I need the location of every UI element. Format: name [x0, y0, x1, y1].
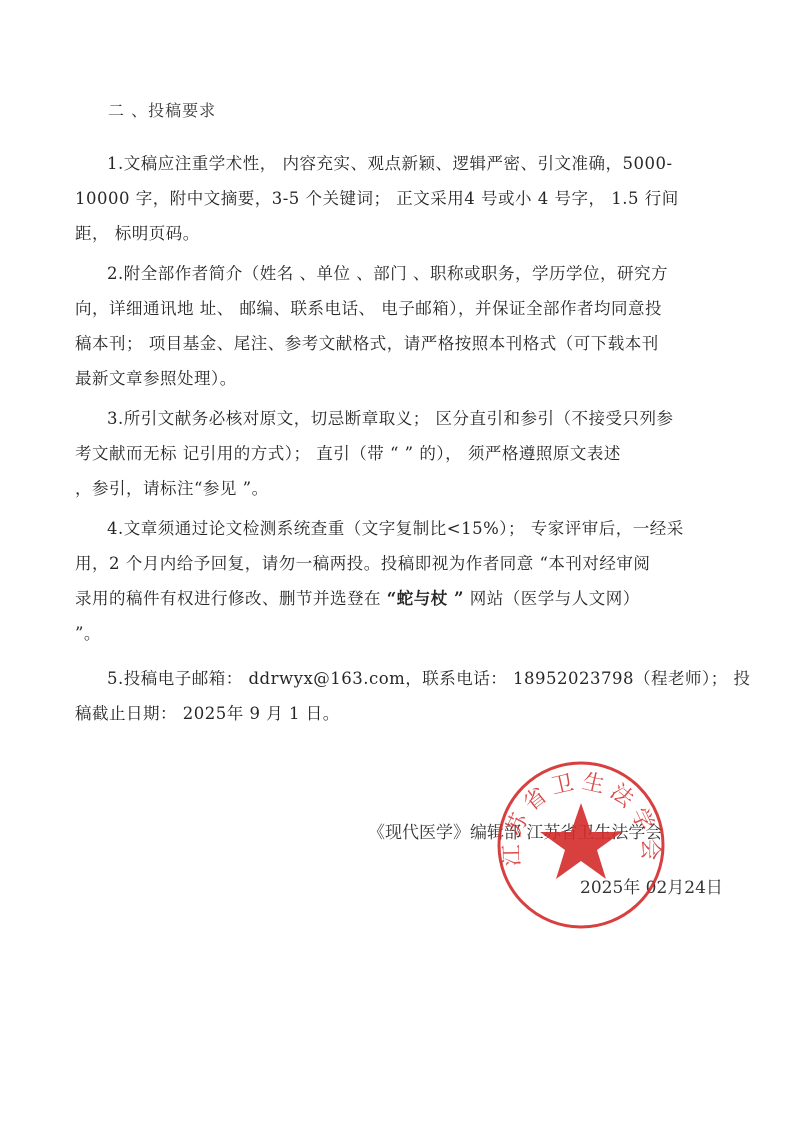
item-2-line-4: 最新文章参照处理）。	[75, 365, 237, 389]
item-4-line-1: 4.文章须通过论文检测系统查重（文字复制比<15%）； 专家评审后，一经采	[107, 515, 684, 539]
item-3-line-3: ，参引，请标注“参见 ”。	[75, 475, 269, 499]
item-4-line-3: 录用的稿件有权进行修改、删节并选登在 “蛇与杖 ” 网站（医学与人文网）	[75, 585, 640, 609]
section-heading: 二 、投稿要求	[108, 98, 216, 121]
item-3-line-2: 考文献而无标 记引用的方式）； 直引（带 “ ” 的）， 须严格遵照原文表述	[75, 440, 621, 464]
item-1-line-1: 1.文稿应注重学术性， 内容充实、观点新颖、逻辑严密、引文准确，5000-	[107, 150, 673, 174]
item-2-line-1: 2.附全部作者简介（姓名 、单位 、部门 、职称或职务，学历学位，研究方	[107, 260, 668, 284]
star-icon	[540, 803, 622, 879]
item-5-line-2: 稿截止日期： 2025年 9 月 1 日。	[75, 700, 340, 724]
item-3-line-1: 3.所引文献务必核对原文，切忌断章取义； 区分直引和参引（不接受只列参	[107, 405, 674, 429]
official-seal: 江苏省卫生法学会	[496, 760, 666, 930]
item-2-line-2: 向，详细通讯地 址、 邮编、联系电话、 电子邮箱），并保证全部作者均同意投	[75, 295, 662, 319]
item-4-line-3-text: 录用的稿件有权进行修改、删节并选登在	[75, 589, 387, 608]
item-2-line-3: 稿本刊； 项目基金、尾注、参考文献格式，请严格按照本刊格式（可下载本刊	[75, 330, 659, 354]
item-1-line-2: 10000 字，附中文摘要，3-5 个关键词； 正文采用4 号或小 4 号字， …	[75, 185, 679, 209]
item-5-line-1: 5.投稿电子邮箱： ddrwyx@163.com，联系电话： 189520237…	[107, 665, 751, 689]
website-name: “蛇与杖 ”	[387, 589, 464, 608]
item-4-line-2: 用，2 个月内给予回复，请勿一稿两投。投稿即视为作者同意 “本刊对经审阅	[75, 550, 650, 574]
item-4-line-4: ”。	[75, 620, 101, 644]
website-desc: 网站（医学与人文网）	[464, 589, 640, 608]
item-1-line-3: 距， 标明页码。	[75, 220, 200, 244]
document-page: 二 、投稿要求 1.文稿应注重学术性， 内容充实、观点新颖、逻辑严密、引文准确，…	[0, 0, 800, 1131]
